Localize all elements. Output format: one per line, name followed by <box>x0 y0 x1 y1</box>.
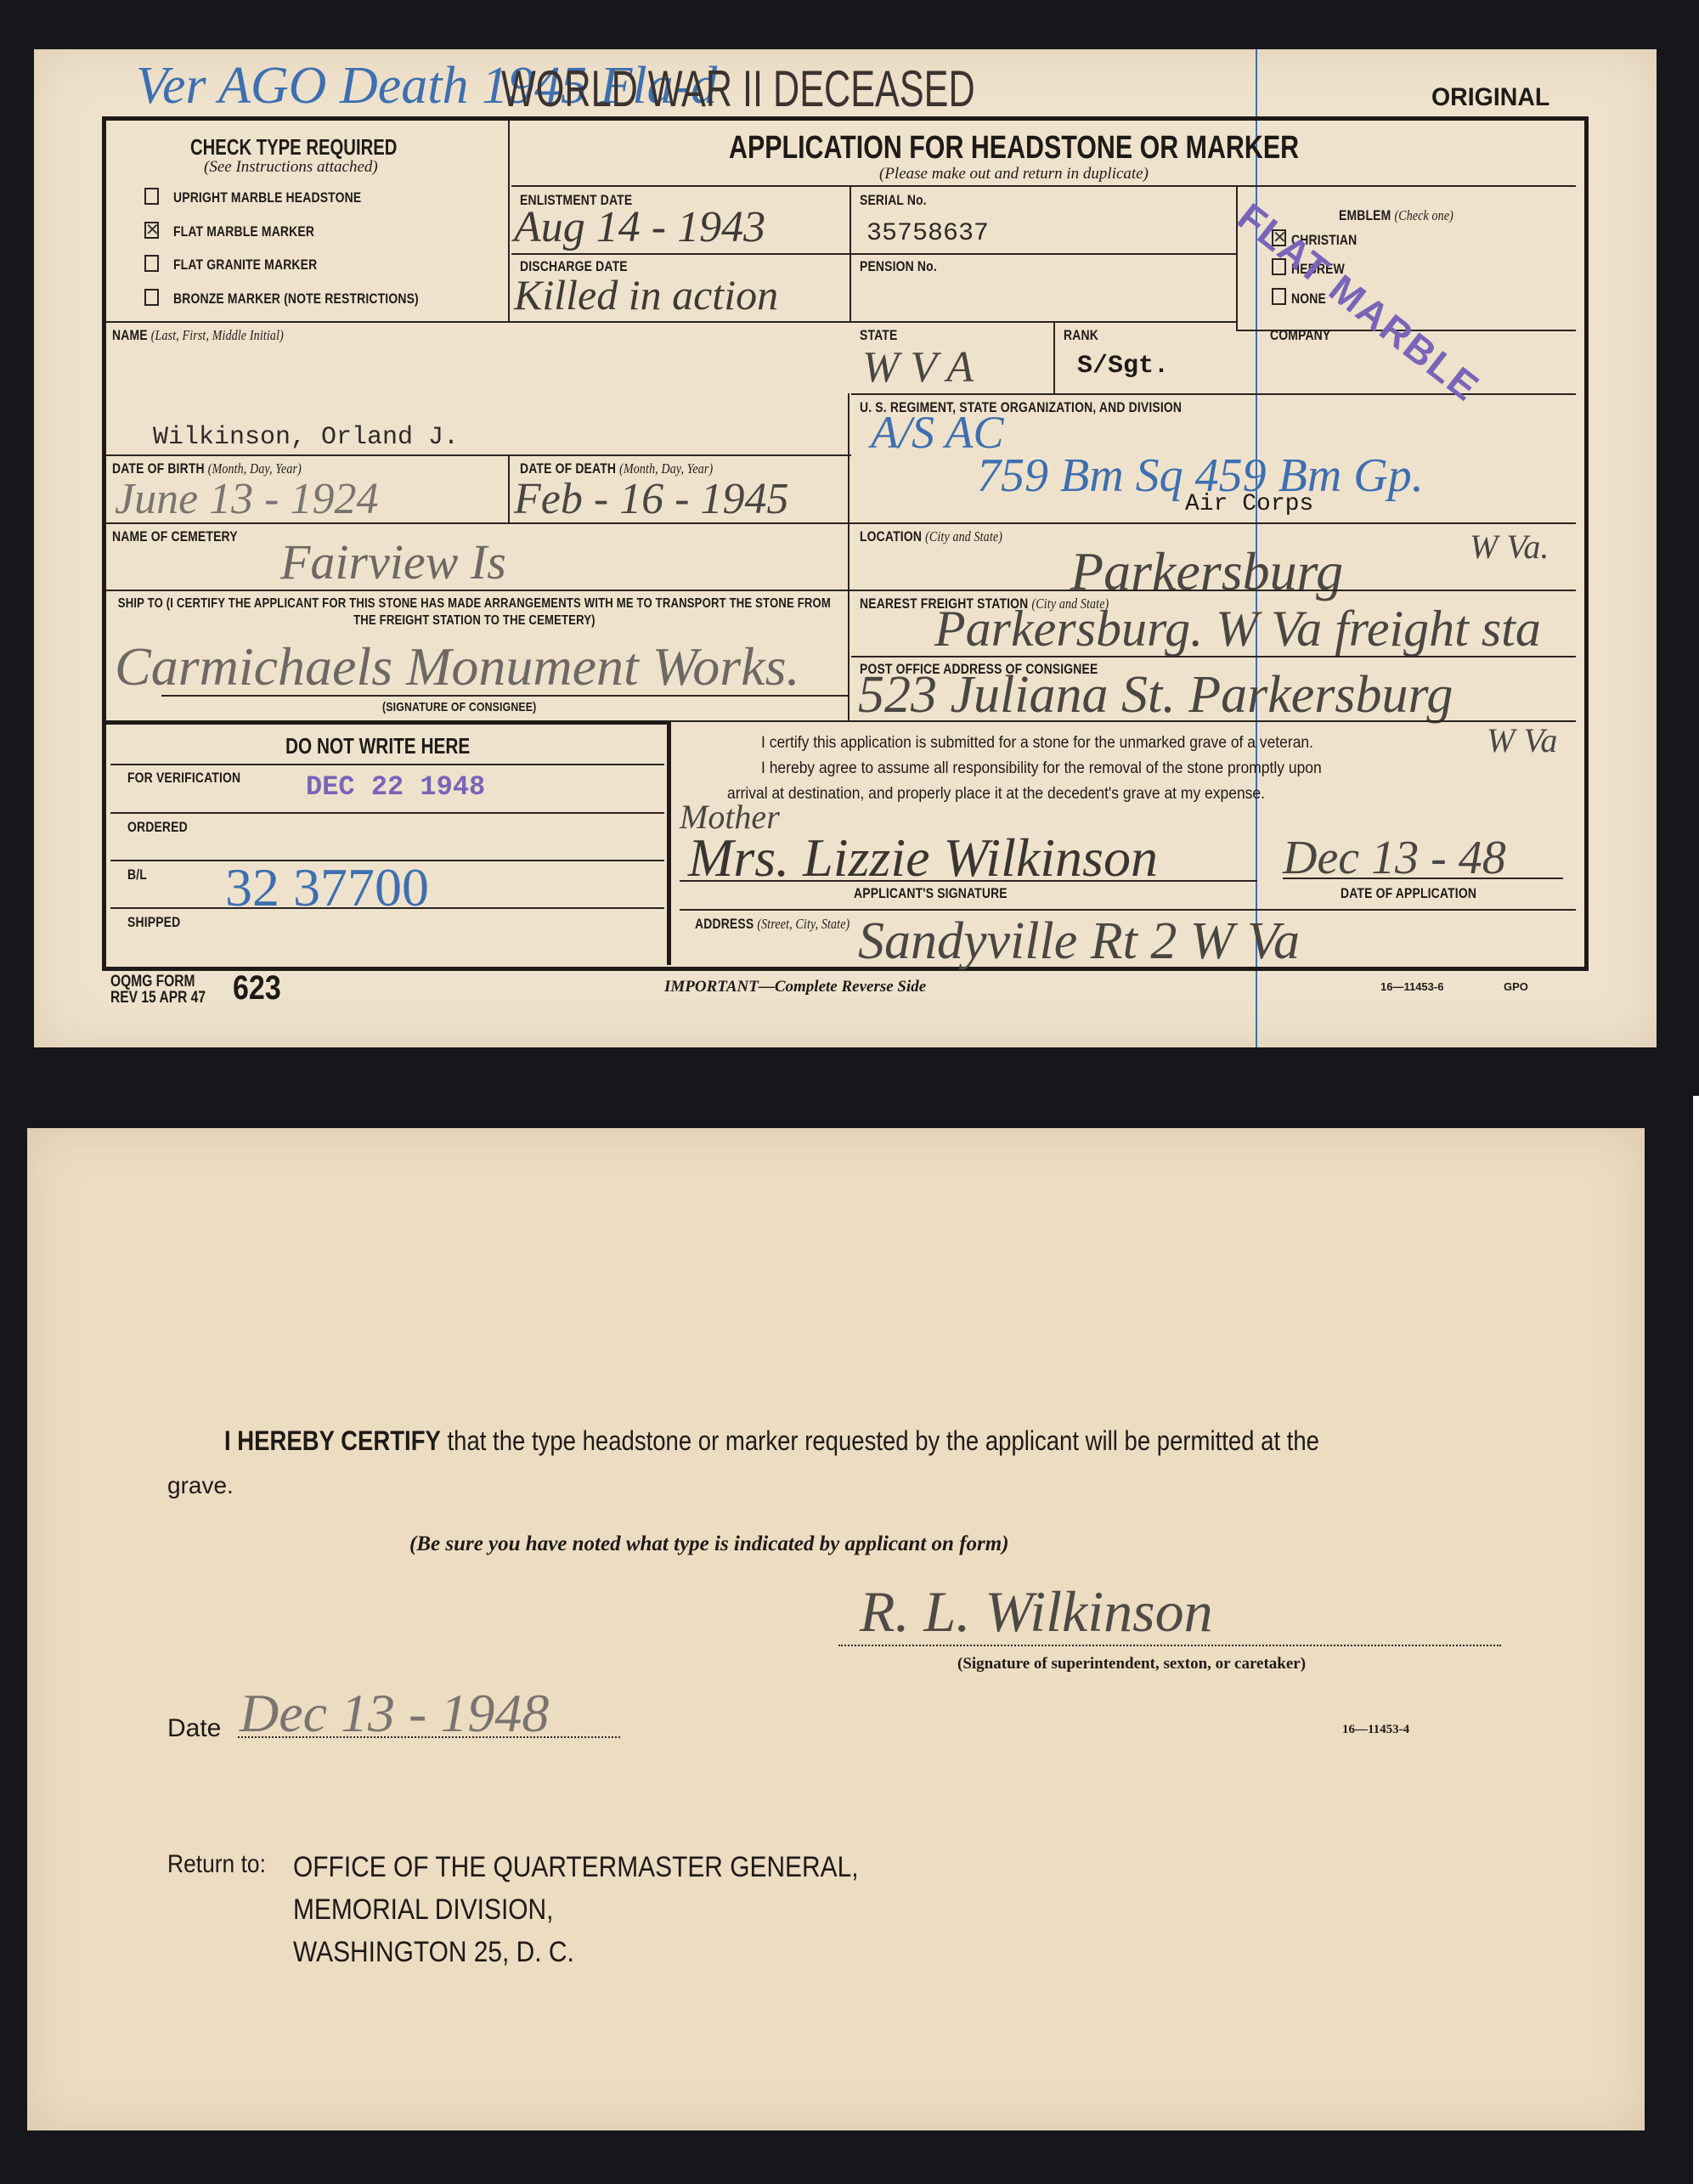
checkbox-flat-marble[interactable] <box>144 222 159 239</box>
divider <box>848 393 849 720</box>
discharge-date-value[interactable]: Killed in action <box>514 270 778 319</box>
ship-to-label-text: SHIP TO <box>118 596 163 611</box>
return-line: OFFICE OF THE QUARTERMASTER GENERAL, <box>293 1846 859 1888</box>
divider <box>1053 321 1055 393</box>
address-label-text: ADDRESS <box>695 916 754 932</box>
signature-caption: (Signature of superintendent, sexton, or… <box>957 1655 1306 1673</box>
signature-line <box>161 695 848 697</box>
divider <box>110 812 664 814</box>
address-label-note: (Street, City, State) <box>757 916 849 932</box>
print-code: 16—11453-6 <box>1380 980 1443 993</box>
divider <box>106 522 851 524</box>
divider <box>511 185 1576 187</box>
divider <box>851 590 1576 591</box>
superintendent-signature[interactable]: R. L. Wilkinson <box>860 1578 1213 1645</box>
form-subtitle: (Please make out and return in duplicate… <box>879 165 1149 183</box>
date-of-application-caption: DATE OF APPLICATION <box>1341 885 1476 902</box>
return-line: MEMORIAL DIVISION, <box>293 1888 859 1931</box>
copy-label: ORIGINAL <box>1431 83 1549 112</box>
verification-label: FOR VERIFICATION <box>127 770 240 787</box>
shipped-label: SHIPPED <box>127 914 180 931</box>
serial-no-value[interactable]: 35758637 <box>866 219 989 248</box>
image-edge <box>1693 1096 1699 2184</box>
divider <box>851 253 1236 255</box>
divider <box>106 590 851 591</box>
divider <box>106 454 851 456</box>
bl-value: 32 37700 <box>225 856 429 919</box>
return-label: Return to: <box>167 1850 266 1879</box>
check-type-heading: CHECK TYPE REQUIRED <box>190 134 397 161</box>
gpo-label: GPO <box>1504 980 1528 993</box>
divider <box>680 909 1576 911</box>
option-label: FLAT GRANITE MARKER <box>173 257 317 274</box>
signature-line <box>838 1645 1501 1646</box>
ship-to-label: SHIP TO (I CERTIFY THE APPLICANT FOR THI… <box>112 595 837 629</box>
bl-label: B/L <box>127 866 147 883</box>
option-label: FLAT MARBLE MARKER <box>173 223 314 240</box>
ordered-label: ORDERED <box>127 819 188 836</box>
back-date-value[interactable]: Dec 13 - 1948 <box>240 1682 549 1745</box>
freight-value[interactable]: Parkersburg. W Va freight sta <box>934 600 1541 658</box>
divider <box>508 454 510 522</box>
form-number: 623 <box>233 969 281 1007</box>
return-address: OFFICE OF THE QUARTERMASTER GENERAL, MEM… <box>293 1846 859 1973</box>
important-note: IMPORTANT—Complete Reverse Side <box>664 978 926 996</box>
dob-value[interactable]: June 13 - 1924 <box>115 474 378 524</box>
back-certify-line: I HEREBY CERTIFY that the type headstone… <box>224 1425 1319 1457</box>
rank-label: RANK <box>1064 327 1098 344</box>
check-type-note: (See Instructions attached) <box>204 158 378 177</box>
signature-line <box>680 880 1257 882</box>
certify-line-3: arrival at destination, and properly pla… <box>727 785 1265 804</box>
divider <box>110 907 664 909</box>
name-label-note: (Last, First, Middle Initial) <box>151 327 284 343</box>
consignee-caption: (SIGNATURE OF CONSIGNEE) <box>382 700 536 714</box>
divider <box>851 321 1236 323</box>
company-label: COMPANY <box>1270 327 1330 344</box>
ship-to-label-note: (I CERTIFY THE APPLICANT FOR THIS STONE … <box>167 596 831 628</box>
divider <box>106 321 851 323</box>
form-back-card: I HEREBY CERTIFY that the type headstone… <box>27 1128 1645 2130</box>
serial-no-label: SERIAL No. <box>860 192 927 209</box>
back-note: (Be sure you have noted what type is ind… <box>409 1532 1009 1556</box>
certify-line-1: I certify this application is submitted … <box>761 734 1313 753</box>
location-value-state: W Va. <box>1470 527 1549 567</box>
address-value[interactable]: Sandyville Rt 2 W Va <box>858 911 1300 972</box>
divider <box>851 522 1576 524</box>
cemetery-value[interactable]: Fairview Is <box>280 533 506 590</box>
checkbox-upright-marble[interactable] <box>144 188 159 205</box>
form-id-line1: OQMG FORM <box>110 973 206 990</box>
divider <box>511 253 849 255</box>
form-title: APPLICATION FOR HEADSTONE OR MARKER <box>729 130 1299 166</box>
header-stamp: WORLD WAR II DECEASED <box>501 59 975 118</box>
certify-end: grave. <box>167 1472 234 1499</box>
po-address-state: W Va <box>1487 720 1557 760</box>
divider <box>1236 185 1238 330</box>
name-value[interactable]: Wilkinson, Orland J. <box>153 423 459 452</box>
date-label: Date <box>167 1714 221 1743</box>
regiment-typed: Air Corps <box>1185 491 1313 517</box>
back-print-code: 16—11453-4 <box>1342 1723 1409 1737</box>
option-label: BRONZE MARKER (NOTE RESTRICTIONS) <box>173 291 419 308</box>
checkbox-none[interactable] <box>1272 288 1286 305</box>
form-front-card: Ver AGO Death 1945 Fla-d WORLD WAR II DE… <box>34 49 1657 1047</box>
location-value[interactable]: Parkersburg <box>1070 540 1343 603</box>
name-label: NAME (Last, First, Middle Initial) <box>112 327 284 344</box>
office-box-heading: DO NOT WRITE HERE <box>285 733 470 759</box>
address-label: ADDRESS (Street, City, State) <box>695 916 849 933</box>
cemetery-label: NAME OF CEMETERY <box>112 528 238 545</box>
dod-value[interactable]: Feb - 16 - 1945 <box>514 474 788 524</box>
location-label: LOCATION (City and State) <box>860 528 1002 545</box>
divider <box>110 764 664 765</box>
state-value[interactable]: W V A <box>862 342 974 392</box>
name-label-text: NAME <box>112 327 148 343</box>
verification-stamp: DEC 22 1948 <box>306 771 485 803</box>
certify-line-2: I hereby agree to assume all responsibil… <box>761 759 1322 778</box>
ship-to-value[interactable]: Carmichaels Monument Works. <box>115 635 799 698</box>
enlistment-date-value[interactable]: Aug 14 - 1943 <box>514 202 765 252</box>
emblem-label-text: EMBLEM <box>1339 207 1391 223</box>
pension-no-label: PENSION No. <box>860 258 937 275</box>
state-label: STATE <box>860 327 897 344</box>
divider <box>667 720 1576 722</box>
applicant-signature-caption: APPLICANT'S SIGNATURE <box>854 885 1008 902</box>
checkbox-flat-granite[interactable] <box>144 255 159 272</box>
form-id: OQMG FORM REV 15 APR 47 <box>110 973 206 1006</box>
emblem-label: EMBLEM (Check one) <box>1339 207 1453 224</box>
divider <box>851 656 1576 657</box>
certify-lead: I HEREBY CERTIFY <box>224 1425 441 1456</box>
emblem-note: (Check one) <box>1394 207 1453 223</box>
location-label-text: LOCATION <box>860 528 922 545</box>
form-id-line2: REV 15 APR 47 <box>110 990 206 1006</box>
po-address-value[interactable]: 523 Juliana St. Parkersburg <box>858 665 1453 725</box>
return-line: WASHINGTON 25, D. C. <box>293 1931 859 1973</box>
location-label-note: (City and State) <box>925 528 1002 545</box>
checkbox-bronze[interactable] <box>144 289 159 306</box>
date-line <box>238 1736 620 1738</box>
rank-value[interactable]: S/Sgt. <box>1077 352 1169 381</box>
date-line <box>1283 878 1563 879</box>
divider <box>508 121 510 321</box>
certify-rest: that the type headstone or marker reques… <box>448 1425 1319 1456</box>
option-label: UPRIGHT MARBLE HEADSTONE <box>173 189 361 206</box>
